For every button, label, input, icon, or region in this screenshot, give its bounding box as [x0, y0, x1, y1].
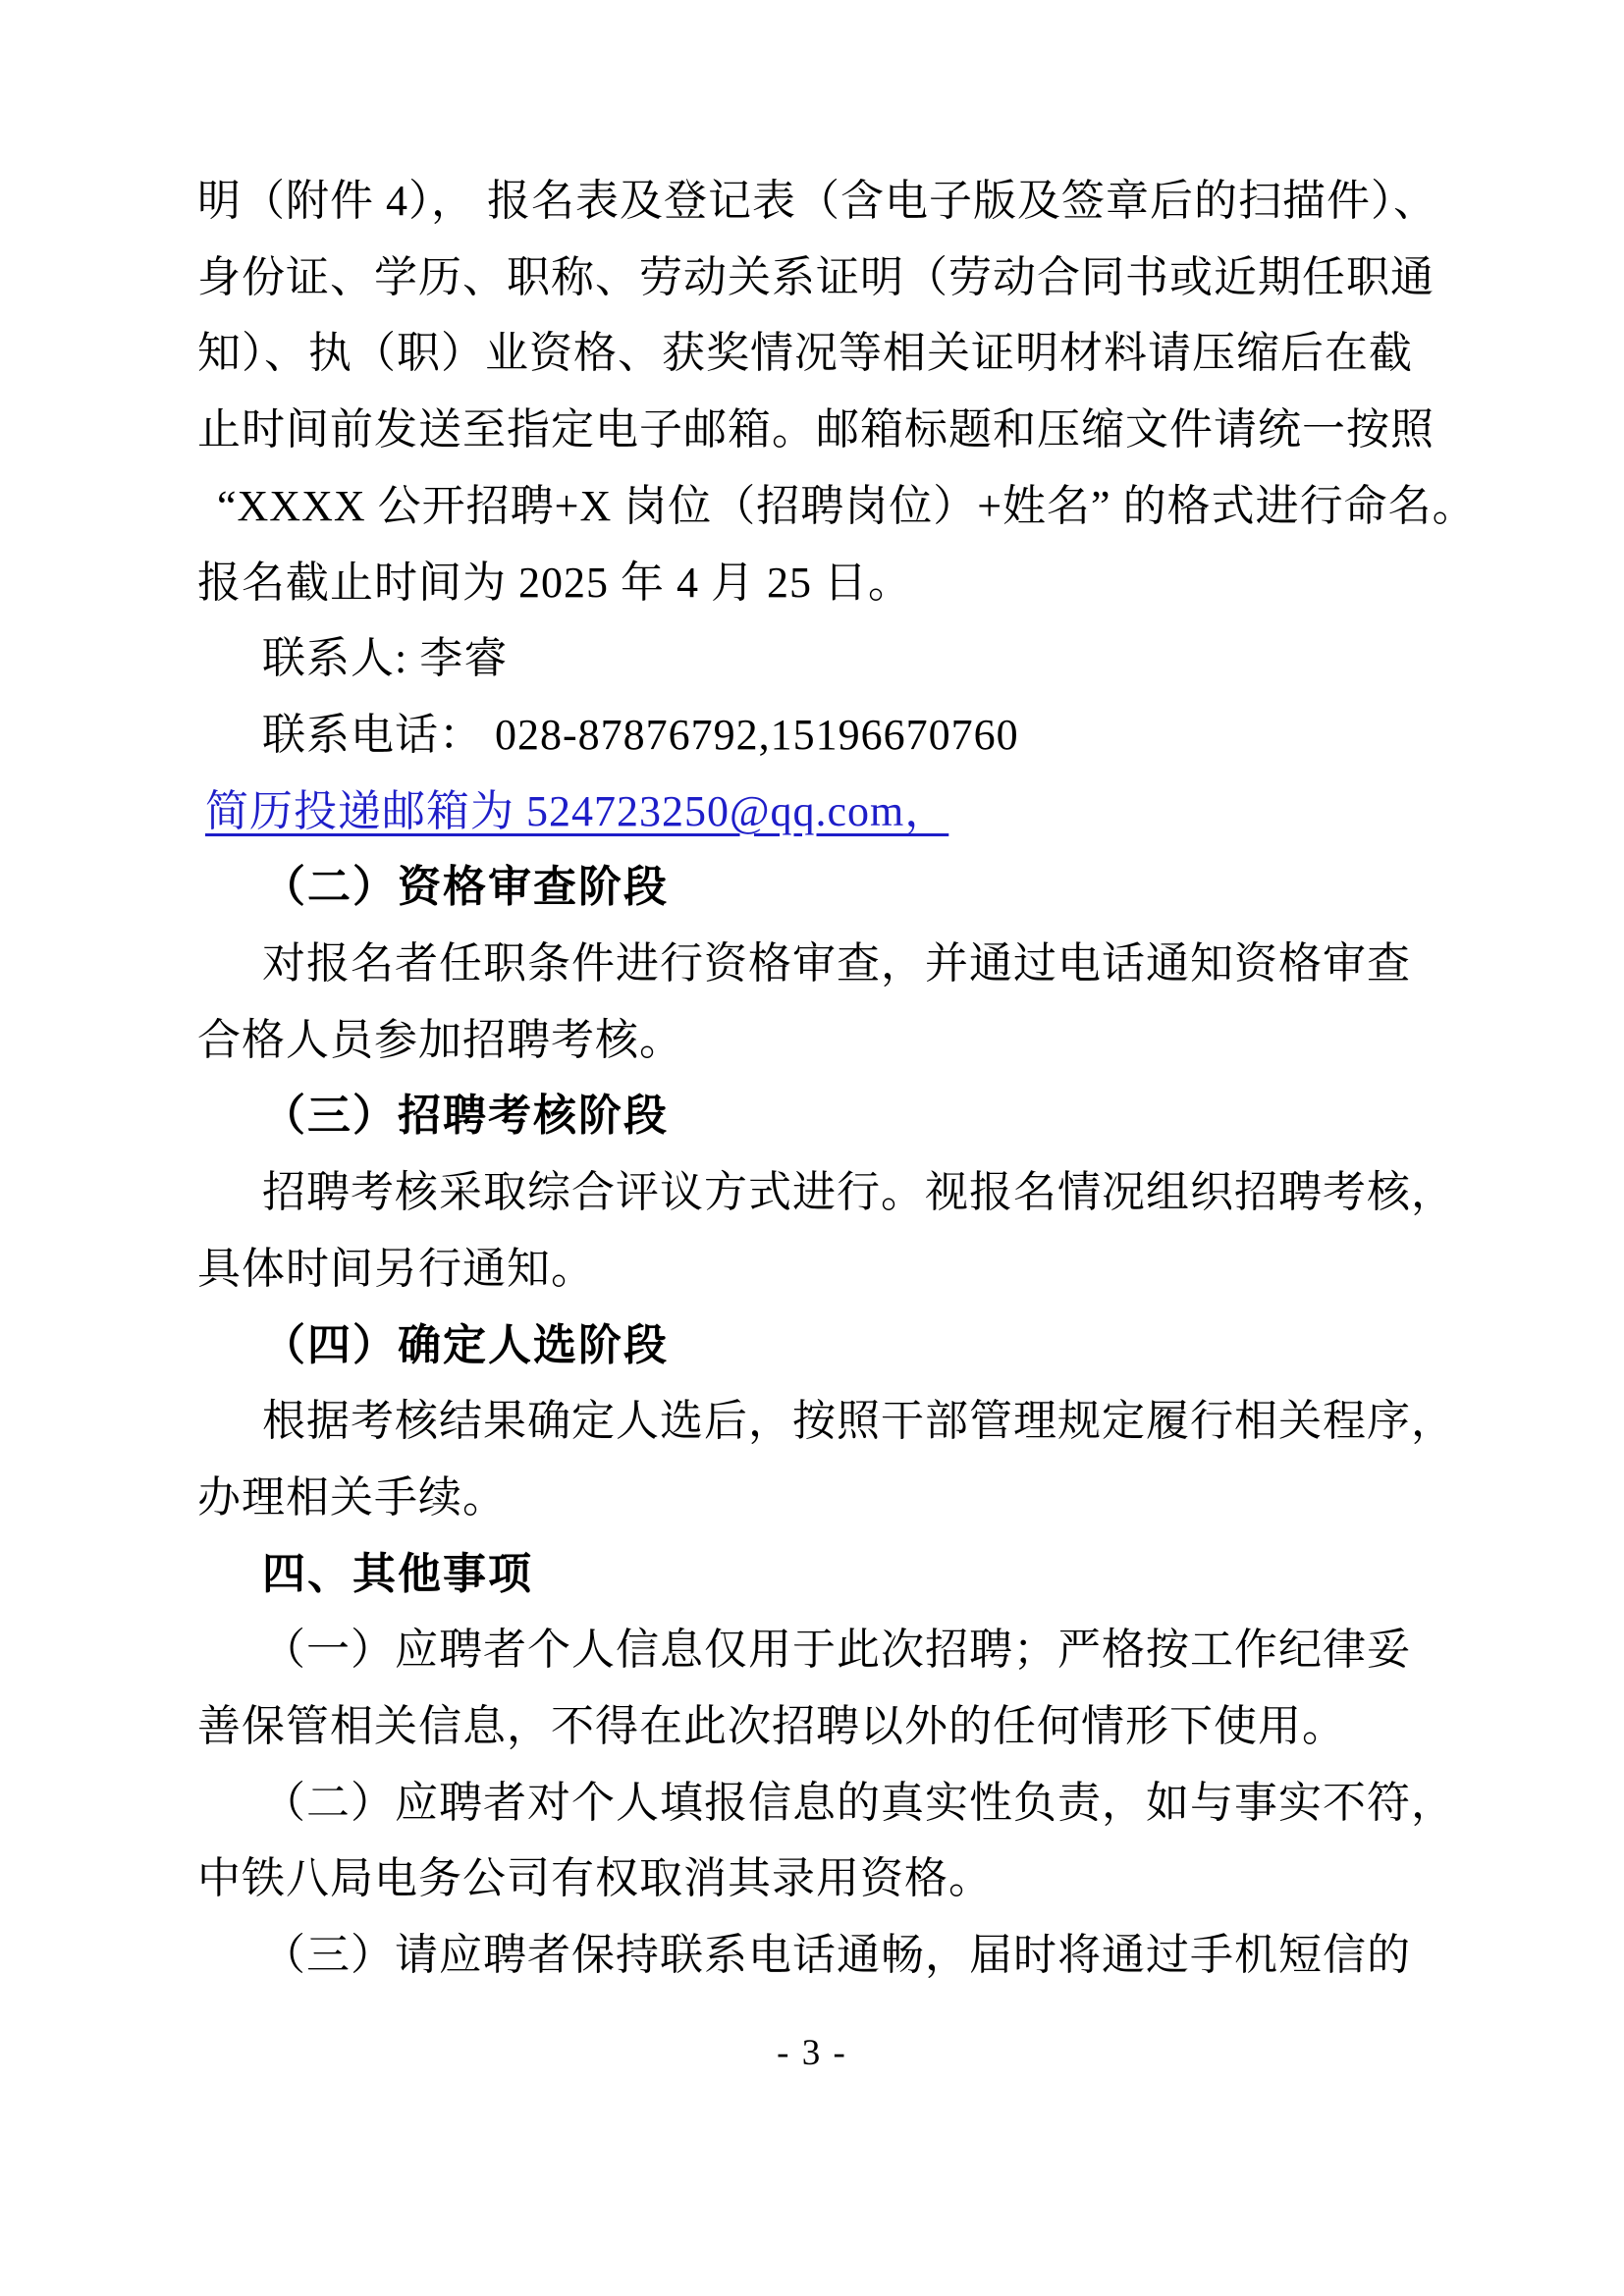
text-line: 根据考核结果确定人选后，按照干部管理规定履行相关程序， — [197, 1383, 1433, 1460]
text-line: （三）请应聘者保持联系电话通畅，届时将通过手机短信的 — [197, 1917, 1433, 1994]
heading-line: （四）确定人选阶段 — [197, 1308, 1433, 1384]
document-body: 明（附件 4）， 报名表及登记表（含电子版及签章后的扫描件）、身份证、学历、职称… — [197, 163, 1433, 1994]
text-line: 报名截止时间为 2025 年 4 月 25 日。 — [197, 545, 1433, 621]
text-line: 具体时间另行通知。 — [197, 1231, 1433, 1308]
email-link[interactable]: 简历投递邮箱为 524723250@qq.com， — [197, 774, 1433, 850]
text-line: 中铁八局电务公司有权取消其录用资格。 — [197, 1841, 1433, 1917]
text-line: 联系电话： 028-87876792,15196670760 — [197, 697, 1433, 774]
page-footer: - 3 - — [0, 2032, 1624, 2074]
text-line: 办理相关手续。 — [197, 1460, 1433, 1536]
text-line: 招聘考核采取综合评议方式进行。视报名情况组织招聘考核， — [197, 1154, 1433, 1231]
text-line: “XXXX 公开招聘+X 岗位（招聘岗位）+姓名” 的格式进行命名。 — [197, 468, 1433, 545]
text-line: 合格人员参加招聘考核。 — [197, 1002, 1433, 1079]
text-line: （一）应聘者个人信息仅用于此次招聘；严格按工作纪律妥 — [197, 1612, 1433, 1688]
heading-line: （三）招聘考核阶段 — [197, 1078, 1433, 1154]
text-line: 明（附件 4）， 报名表及登记表（含电子版及签章后的扫描件）、 — [197, 163, 1433, 240]
text-line: 知）、执（职）业资格、获奖情况等相关证明材料请压缩后在截 — [197, 315, 1433, 392]
text-line: 对报名者任职条件进行资格审查，并通过电话通知资格审查 — [197, 926, 1433, 1002]
text-line: 联系人: 李睿 — [197, 620, 1433, 697]
text-line: 身份证、学历、职称、劳动关系证明（劳动合同书或近期任职通 — [197, 240, 1433, 316]
page-number: - 3 - — [777, 2033, 847, 2073]
text-line: 止时间前发送至指定电子邮箱。邮箱标题和压缩文件请统一按照 — [197, 392, 1433, 468]
text-line: 善保管相关信息，不得在此次招聘以外的任何情形下使用。 — [197, 1688, 1433, 1765]
heading-line: （二）资格审查阶段 — [197, 849, 1433, 926]
text-line: （二）应聘者对个人填报信息的真实性负责，如与事实不符， — [197, 1765, 1433, 1842]
document-page: 明（附件 4）， 报名表及登记表（含电子版及签章后的扫描件）、身份证、学历、职称… — [0, 0, 1624, 2296]
heading-line: 四、其他事项 — [197, 1536, 1433, 1613]
